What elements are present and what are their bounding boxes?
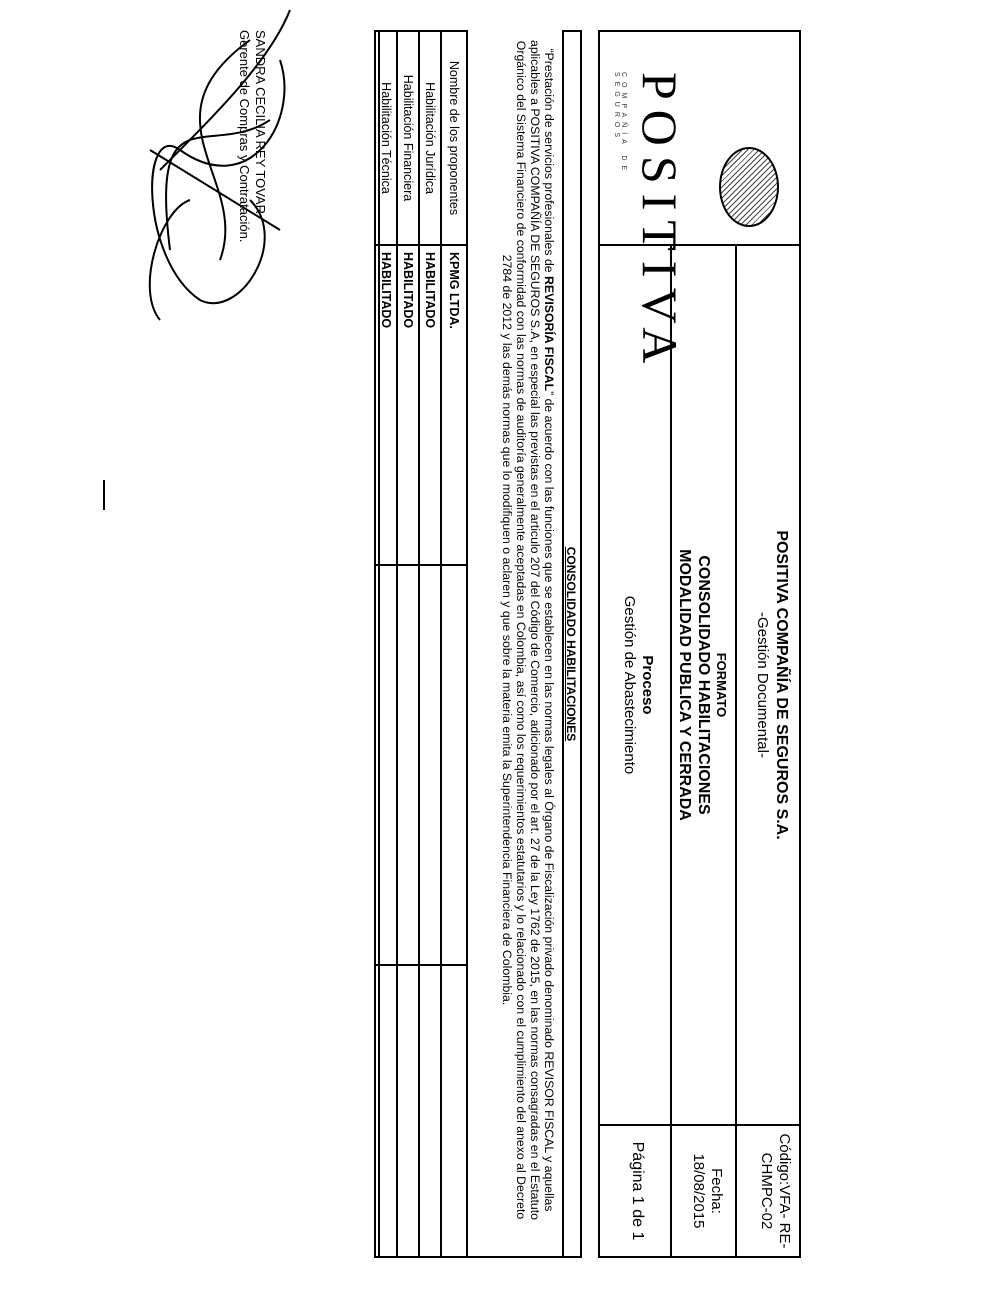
document-header: POSITIVA COMPAÑÍA DE SEGUROS POSITIVA CO…	[598, 30, 801, 1258]
process-name: Gestión de Abastecimiento	[620, 246, 638, 1124]
row-value: HABILITADO	[419, 245, 441, 565]
signer-title: Gerente de Compras y Contratación.	[236, 30, 252, 242]
row-label: Habilitación Financiera	[397, 31, 419, 245]
company-subtitle: -Gestión Documental-	[753, 246, 771, 1124]
empty-cell	[441, 565, 467, 965]
document-date: Fecha: 18/08/2015	[670, 1126, 735, 1256]
header-meta: Código:VFA- RE-CHMPC-02 Fecha: 18/08/201…	[600, 1126, 799, 1256]
logo-seal-icon	[719, 147, 779, 227]
document-code: Código:VFA- RE-CHMPC-02	[735, 1126, 799, 1256]
logo-tagline: COMPAÑÍA DE SEGUROS	[613, 72, 627, 244]
row-value: HABILITADO	[375, 245, 397, 565]
table-row: Habilitación Jurídica HABILITADO	[419, 31, 441, 1257]
page-number: Página 1 de 1	[600, 1126, 670, 1256]
contract-description: “Prestación de servicios profesionales d…	[500, 40, 556, 1220]
empty-cell	[419, 565, 441, 965]
empty-cell	[397, 565, 419, 965]
format-row: FORMATO CONSOLIDADO HABILITACIONES MODAL…	[670, 246, 735, 1124]
section-heading: CONSOLIDADO HABILITACIONES	[562, 30, 580, 1256]
row-value: KPMG LTDA.	[441, 245, 467, 565]
description-intro: “Prestación de servicios profesionales d…	[542, 48, 556, 276]
document-page: POSITIVA COMPAÑÍA DE SEGUROS POSITIVA CO…	[0, 0, 1000, 1294]
empty-cell	[397, 965, 419, 1257]
table-row: Habilitación Técnica HABILITADO	[375, 31, 397, 1257]
process-label: Proceso	[638, 246, 656, 1124]
company-name: POSITIVA COMPAÑÍA DE SEGUROS S.A.	[771, 246, 791, 1124]
row-value: HABILITADO	[397, 245, 419, 565]
scan-artifact	[103, 480, 105, 510]
empty-cell	[419, 965, 441, 1257]
company-row: POSITIVA COMPAÑÍA DE SEGUROS S.A. -Gesti…	[735, 246, 799, 1124]
handwritten-signature-icon	[130, 0, 310, 330]
format-title: CONSOLIDADO HABILITACIONES	[694, 246, 713, 1124]
header-center: POSITIVA COMPAÑÍA DE SEGUROS S.A. -Gesti…	[600, 246, 799, 1126]
format-modality: MODALIDAD PUBLICA Y CERRADA	[675, 246, 694, 1124]
date-value: 18/08/2015	[689, 1126, 707, 1256]
row-label: Habilitación Jurídica	[419, 31, 441, 245]
row-label: Nombre de los proponentes	[441, 31, 467, 245]
empty-cell	[375, 965, 397, 1257]
row-label: Habilitación Técnica	[375, 31, 397, 245]
habilitation-table: Nombre de los proponentes KPMG LTDA. Hab…	[374, 30, 468, 1258]
table-row: Nombre de los proponentes KPMG LTDA.	[441, 31, 467, 1257]
logo-cell: POSITIVA COMPAÑÍA DE SEGUROS	[600, 32, 799, 246]
empty-cell	[375, 565, 397, 965]
date-label: Fecha:	[707, 1126, 725, 1256]
process-row: Proceso Gestión de Abastecimiento	[600, 246, 670, 1124]
empty-cell	[441, 965, 467, 1257]
table-row: Habilitación Financiera HABILITADO	[397, 31, 419, 1257]
description-emphasis: REVISORÍA FISCAL	[542, 276, 556, 391]
signer-name: SANDRA CECILIA REY TOVAR	[252, 30, 268, 214]
format-label: FORMATO	[713, 246, 730, 1124]
